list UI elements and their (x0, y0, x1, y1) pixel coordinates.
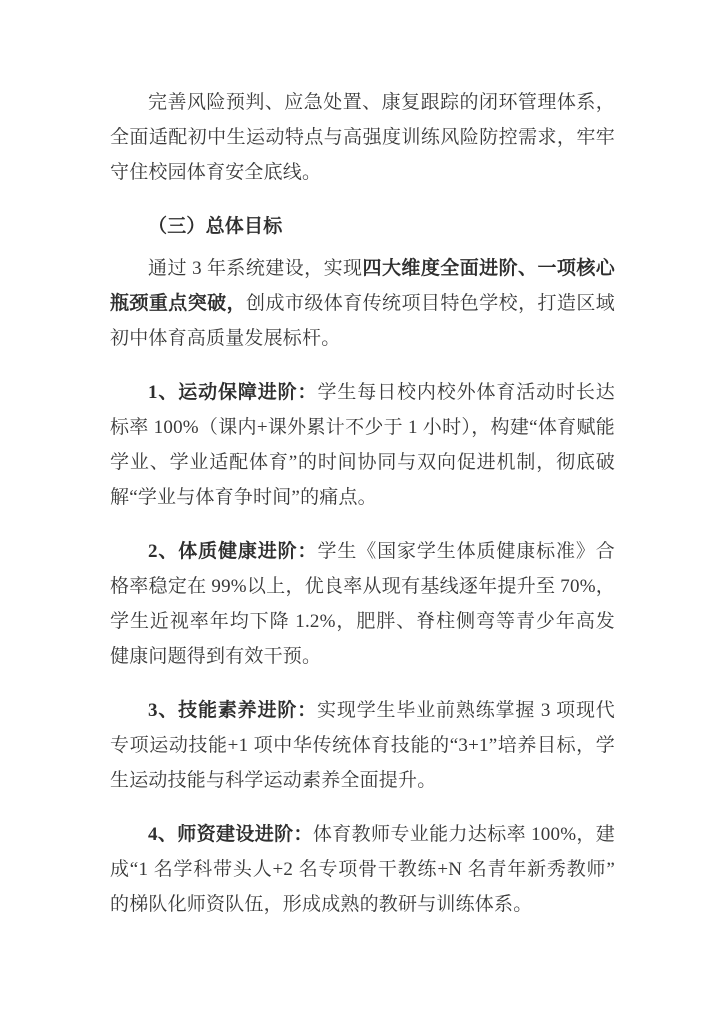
paragraph-safety: 完善风险预判、应急处置、康复跟踪的闭环管理体系，全面适配初中生运动特点与高强度训… (110, 85, 615, 190)
document-body: 完善风险预判、应急处置、康复跟踪的闭环管理体系，全面适配初中生运动特点与高强度训… (110, 85, 615, 922)
list-item-physical-health: 2、体质健康进阶：学生《国家学生体质健康标准》合格率稳定在 99%以上，优良率从… (110, 534, 615, 674)
list-item-skill-literacy: 3、技能素养进阶：实现学生毕业前熟练掌握 3 项现代专项运动技能+1 项中华传统… (110, 693, 615, 798)
document-page: 完善风险预判、应急处置、康复跟踪的闭环管理体系，全面适配初中生运动特点与高强度训… (0, 0, 724, 1024)
list-item-2-lead: 2、体质健康进阶： (148, 541, 317, 562)
paragraph-overview: 通过 3 年系统建设，实现四大维度全面进阶、一项核心瓶颈重点突破，创成市级体育传… (110, 251, 615, 356)
list-item-3-lead: 3、技能素养进阶： (148, 700, 317, 721)
paragraph-safety-text: 完善风险预判、应急处置、康复跟踪的闭环管理体系，全面适配初中生运动特点与高强度训… (110, 92, 615, 183)
list-item-sports-guarantee: 1、运动保障进阶：学生每日校内校外体育活动时长达标率 100%（课内+课外累计不… (110, 375, 615, 515)
section-heading-text: （三）总体目标 (148, 216, 282, 237)
section-heading-overall-goals: （三）总体目标 (110, 209, 615, 244)
list-item-4-lead: 4、师资建设进阶： (148, 824, 313, 845)
paragraph-overview-pre: 通过 3 年系统建设，实现 (148, 258, 363, 279)
list-item-1-lead: 1、运动保障进阶： (148, 382, 317, 403)
list-item-teacher-building: 4、师资建设进阶：体育教师专业能力达标率 100%，建成“1 名学科带头人+2 … (110, 817, 615, 922)
